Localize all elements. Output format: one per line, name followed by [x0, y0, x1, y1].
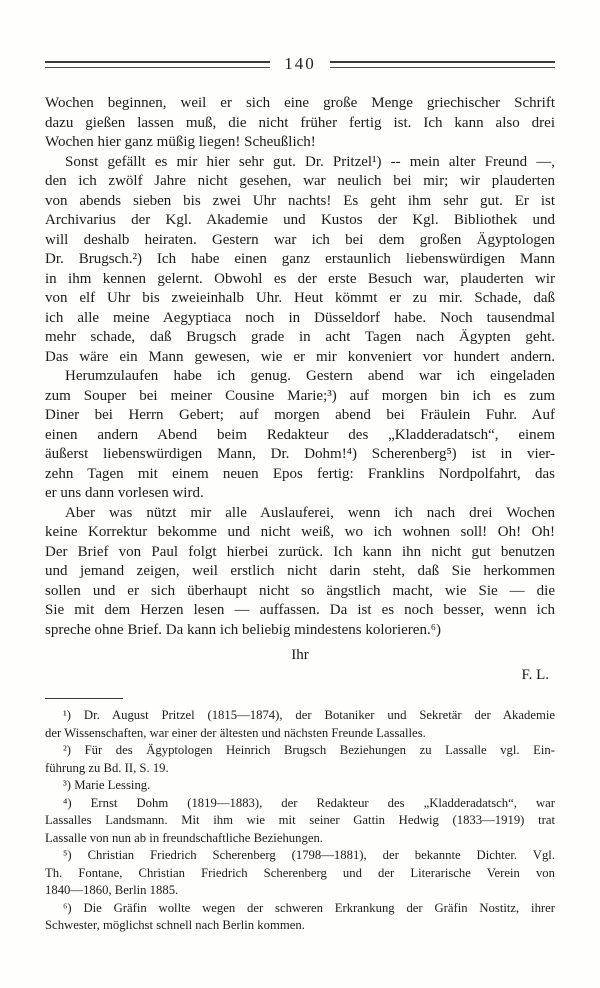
text-line: Archivarius der Kgl. Akademie und Kustos… — [45, 211, 555, 231]
text-line: Lassalle von nun ab in freundschaftliche… — [45, 830, 555, 848]
book-page: 140 Wochen beginnen, weil er sich eine g… — [0, 0, 600, 988]
text-line: ¹) Dr. August Pritzel (1815—1874), der B… — [45, 707, 555, 725]
text-line: Schwester, möglichst schnell nach Berlin… — [45, 917, 555, 935]
header-rule-left — [45, 61, 270, 68]
text-line: will deshalb heiraten. Gestern war ich b… — [45, 231, 555, 251]
text-line: äußerst liebenswürdigen Mann, Dr. Dohm!⁴… — [45, 445, 555, 465]
footnotes-block: ¹) Dr. August Pritzel (1815—1874), der B… — [45, 707, 555, 935]
text-line: Herumzulaufen habe ich genug. Gestern ab… — [45, 367, 555, 387]
text-line: Wochen beginnen, weil er sich eine große… — [45, 94, 555, 114]
text-line: ich alle meine Aegyptiaca noch in Düssel… — [45, 309, 555, 329]
page-number: 140 — [284, 55, 316, 72]
running-head: 140 — [45, 56, 555, 72]
footnote-separator-rule — [45, 698, 123, 699]
text-line: keine Korrektur bekomme und nicht weiß, … — [45, 523, 555, 543]
signature-closing: Ihr — [45, 646, 555, 666]
text-line: Wochen hier ganz müßig liegen! Scheußlic… — [45, 133, 555, 153]
text-line: Der Brief von Paul folgt hierbei zurück.… — [45, 543, 555, 563]
text-line: er uns dann vorlesen wird. — [45, 484, 555, 504]
text-line: zum Souper bei meiner Cousine Marie;³) a… — [45, 387, 555, 407]
text-line: von abends sieben bis zwei Uhr nachts! E… — [45, 192, 555, 212]
text-line: führung zu Bd. II, S. 19. — [45, 760, 555, 778]
signature-initials: F. L. — [45, 666, 555, 686]
text-line: der Wissenschaften, war einer der ältest… — [45, 725, 555, 743]
text-line: ²) Für des Ägyptologen Heinrich Brugsch … — [45, 742, 555, 760]
text-line: ⁴) Ernst Dohm (1819—1883), der Redakteur… — [45, 795, 555, 813]
text-line: ³) Marie Lessing. — [45, 777, 555, 795]
text-line: Das wäre ein Mann gewesen, wie er mir ko… — [45, 348, 555, 368]
text-line: von elf Uhr bis zweieinhalb Uhr. Heut kö… — [45, 289, 555, 309]
text-line: ⁵) Christian Friedrich Scherenberg (1798… — [45, 847, 555, 865]
text-line: ⁶) Die Gräfin wollte wegen der schweren … — [45, 900, 555, 918]
text-line: Dr. Brugsch.²) Ich habe einen ganz ersta… — [45, 250, 555, 270]
text-line: sollen und er sich überhaupt nicht so än… — [45, 582, 555, 602]
text-line: Diner bei Herrn Gebert; auf morgen abend… — [45, 406, 555, 426]
text-line: Th. Fontane, Christian Friedrich Scheren… — [45, 865, 555, 883]
text-line: 1840—1860, Berlin 1885. — [45, 882, 555, 900]
text-line: Aber was nützt mir alle Auslauferei, wen… — [45, 504, 555, 524]
text-line: in ihm kennen gelernt. Obwohl es der ers… — [45, 270, 555, 290]
header-rule-right — [330, 61, 555, 68]
text-line: einen andern Abend beim Redakteur des „K… — [45, 426, 555, 446]
text-line: Sie mit dem Herzen lesen — auffassen. Da… — [45, 601, 555, 621]
text-line: den ich zwölf Jahre nicht gesehen, war n… — [45, 172, 555, 192]
text-line: spreche ohne Brief. Da kann ich beliebig… — [45, 621, 555, 641]
text-line: Sonst gefällt es mir hier sehr gut. Dr. … — [45, 153, 555, 173]
text-line: Lassalles Landsmann. Mit ihm wie mit sei… — [45, 812, 555, 830]
text-line: dazu gießen lassen muß, die nicht früher… — [45, 114, 555, 134]
text-line: mehr schade, daß Brugsch grade in acht T… — [45, 328, 555, 348]
letter-body: Wochen beginnen, weil er sich eine große… — [45, 94, 555, 640]
text-line: zehn Tagen mit einem neuen Epos fertig: … — [45, 465, 555, 485]
text-line: und jemand zeigen, weil erstlich nicht d… — [45, 562, 555, 582]
